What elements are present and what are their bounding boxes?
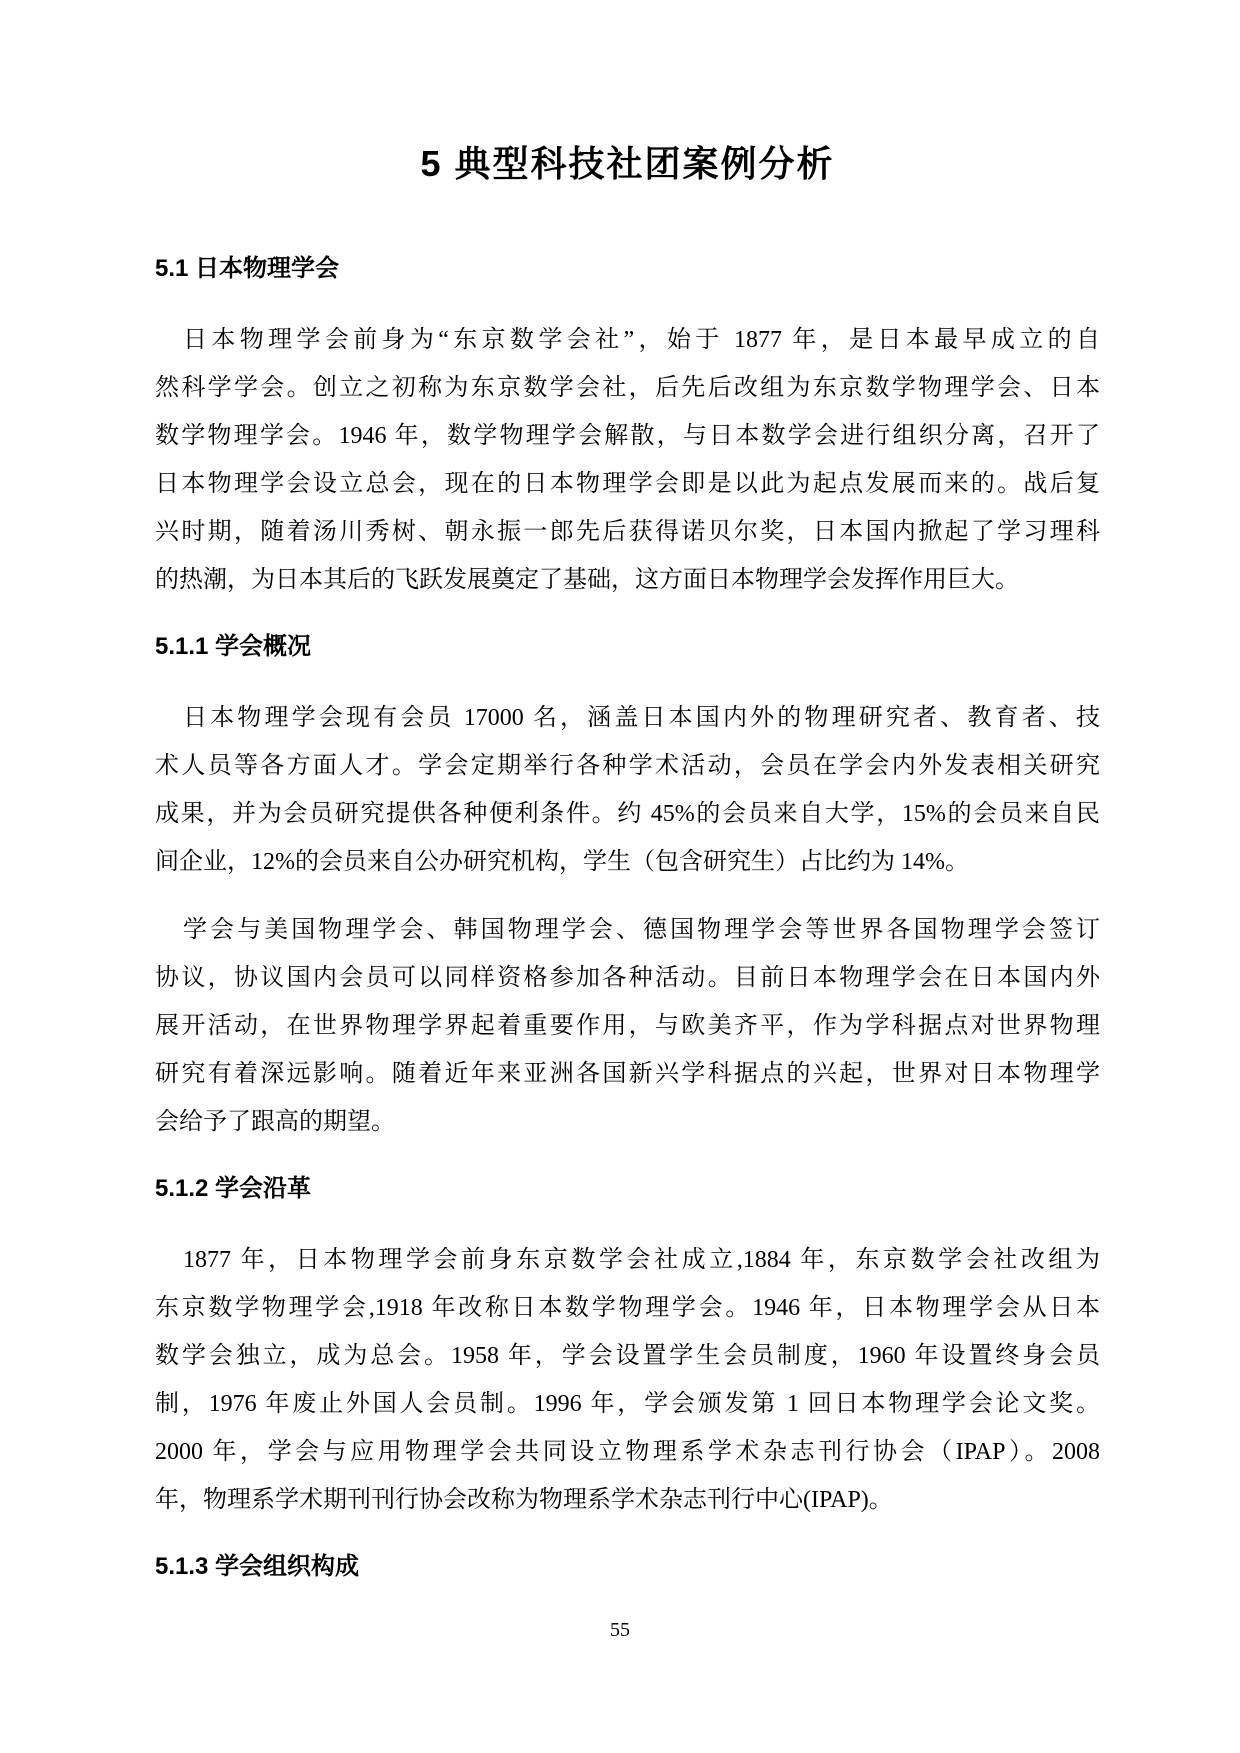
- page-number: 55: [0, 1616, 1240, 1644]
- text-line: 会给予了跟高的期望。: [155, 1098, 1100, 1146]
- text-line: 年，物理系学术期刊刊行协会改称为物理系学术杂志刊行中心(IPAP)。: [155, 1476, 1100, 1524]
- document-page: 5 典型科技社团案例分析 5.1 日本物理学会 日本物理学会前身为“东京数学会社…: [0, 0, 1240, 1753]
- paragraph-history-overview: 日本物理学会前身为“东京数学会社”，始于 1877 年，是日本最早成立的自然科学…: [155, 316, 1100, 604]
- text-line: 制，1976 年废止外国人会员制。1996 年，学会颁发第 1 回日本物理学会论…: [155, 1380, 1100, 1428]
- text-line: 日本物理学会现有会员 17000 名，涵盖日本国内外的物理研究者、教育者、技: [155, 694, 1100, 742]
- text-line: 数学物理学会。1946 年，数学物理学会解散，与日本数学会进行组织分离，召开了: [155, 412, 1100, 460]
- chapter-title: 5 典型科技社团案例分析: [155, 140, 1100, 188]
- paragraph-international-cooperation: 学会与美国物理学会、韩国物理学会、德国物理学会等世界各国物理学会签订协议，协议国…: [155, 906, 1100, 1146]
- text-line: 展开活动，在世界物理学界起着重要作用，与欧美齐平，作为学科据点对世界物理: [155, 1002, 1100, 1050]
- text-line: 术人员等各方面人才。学会定期举行各种学术活动，会员在学会内外发表相关研究: [155, 742, 1100, 790]
- text-line: 间企业，12%的会员来自公办研究机构，学生（包含研究生）占比约为 14%。: [155, 838, 1100, 886]
- text-line: 兴时期，随着汤川秀树、朝永振一郎先后获得诺贝尔奖，日本国内掀起了学习理科: [155, 508, 1100, 556]
- text-line: 数学会独立，成为总会。1958 年，学会设置学生会员制度，1960 年设置终身会…: [155, 1332, 1100, 1380]
- text-line: 日本物理学会前身为“东京数学会社”，始于 1877 年，是日本最早成立的自: [155, 316, 1100, 364]
- paragraph-membership: 日本物理学会现有会员 17000 名，涵盖日本国内外的物理研究者、教育者、技术人…: [155, 694, 1100, 886]
- text-line: 研究有着深远影响。随着近年来亚洲各国新兴学科据点的兴起，世界对日本物理学: [155, 1050, 1100, 1098]
- section-heading-5-1-3: 5.1.3 学会组织构成: [155, 1550, 1100, 1584]
- text-line: 东京数学物理学会,1918 年改称日本数学物理学会。1946 年，日本物理学会从…: [155, 1284, 1100, 1332]
- text-line: 协议，协议国内会员可以同样资格参加各种活动。目前日本物理学会在日本国内外: [155, 954, 1100, 1002]
- paragraph-timeline: 1877 年，日本物理学会前身东京数学会社成立,1884 年，东京数学会社改组为…: [155, 1236, 1100, 1524]
- text-line: 然科学学会。创立之初称为东京数学会社，后先后改组为东京数学物理学会、日本: [155, 364, 1100, 412]
- text-line: 的热潮，为日本其后的飞跃发展奠定了基础，这方面日本物理学会发挥作用巨大。: [155, 556, 1100, 604]
- section-heading-5-1: 5.1 日本物理学会: [155, 252, 1100, 286]
- text-line: 2000 年，学会与应用物理学会共同设立物理系学术杂志刊行协会（IPAP）。20…: [155, 1428, 1100, 1476]
- text-line: 1877 年，日本物理学会前身东京数学会社成立,1884 年，东京数学会社改组为: [155, 1236, 1100, 1284]
- text-line: 成果，并为会员研究提供各种便利条件。约 45%的会员来自大学，15%的会员来自民: [155, 790, 1100, 838]
- section-heading-5-1-1: 5.1.1 学会概况: [155, 630, 1100, 664]
- section-heading-5-1-2: 5.1.2 学会沿革: [155, 1172, 1100, 1206]
- text-line: 日本物理学会设立总会，现在的日本物理学会即是以此为起点发展而来的。战后复: [155, 460, 1100, 508]
- text-line: 学会与美国物理学会、韩国物理学会、德国物理学会等世界各国物理学会签订: [155, 906, 1100, 954]
